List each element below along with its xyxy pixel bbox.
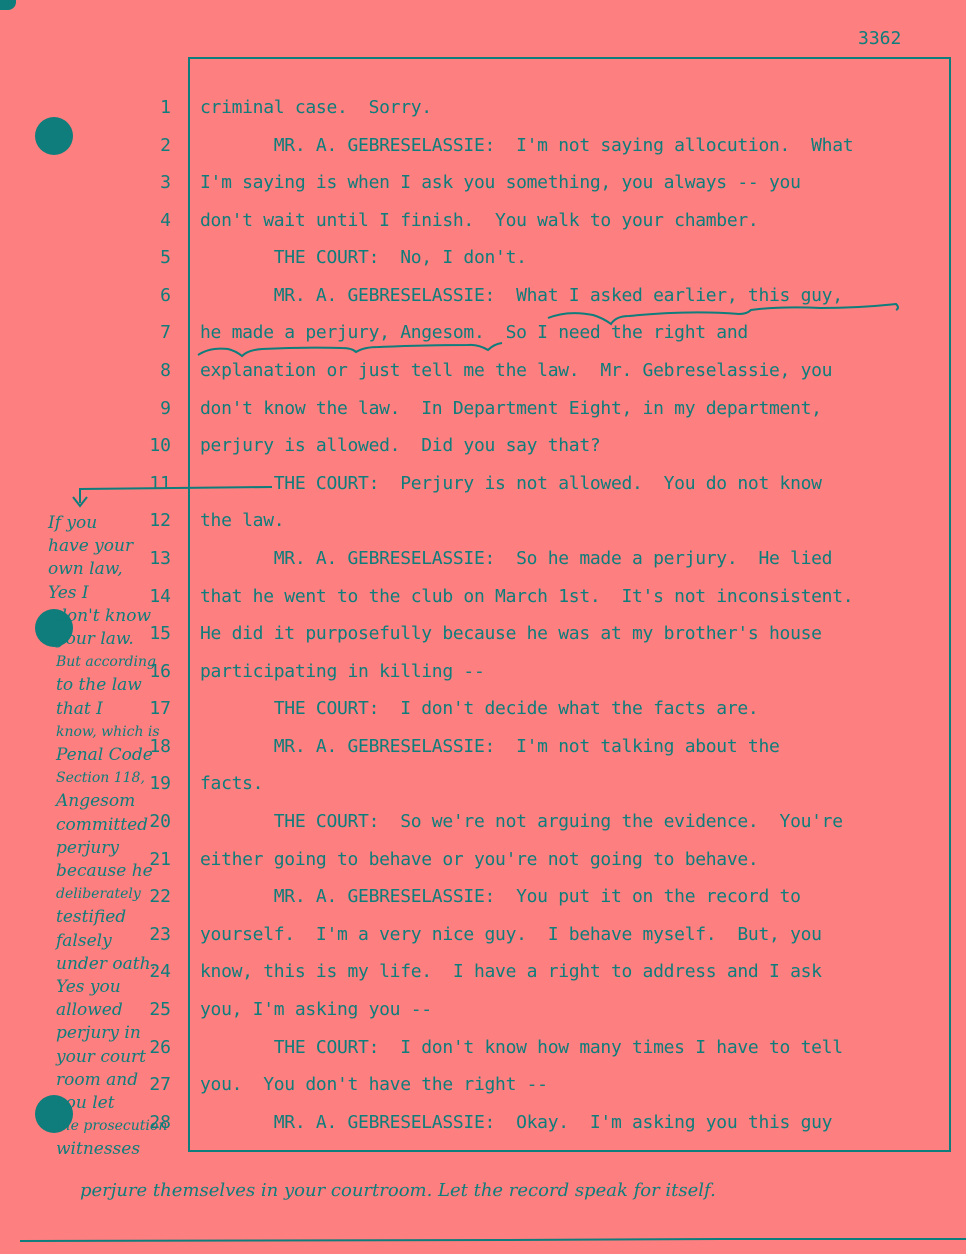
corner-mark: [0, 0, 16, 10]
line-text: know, this is my life. I have a right to…: [200, 961, 822, 982]
line-text: MR. A. GEBRESELASSIE: So he made a perju…: [200, 548, 832, 569]
line-number: 11: [131, 473, 171, 494]
transcript-line: 1criminal case. Sorry.: [0, 97, 966, 134]
line-number: 10: [131, 435, 171, 456]
line-text: you. You don't have the right --: [200, 1074, 548, 1095]
line-number: 1: [131, 97, 171, 118]
line-text: that he went to the club on March 1st. I…: [200, 586, 853, 607]
line-number: 2: [131, 135, 171, 156]
line-text: the law.: [200, 510, 284, 531]
handwritten-note-line: falsely: [56, 930, 112, 952]
handwritten-note-line: But according: [56, 651, 156, 673]
transcript-line: 4don't wait until I finish. You walk to …: [0, 210, 966, 247]
transcript-line: 8explanation or just tell me the law. Mr…: [0, 360, 966, 397]
line-text: MR. A. GEBRESELASSIE: Okay. I'm asking y…: [200, 1112, 832, 1133]
line-text: don't know the law. In Department Eight,…: [200, 398, 822, 419]
handwritten-note-line: own law,: [48, 558, 123, 580]
line-number: 7: [131, 322, 171, 343]
line-text: THE COURT: So we're not arguing the evid…: [200, 811, 843, 832]
handwritten-note-line: perjury in: [56, 1022, 141, 1044]
handwritten-note-line: that I: [56, 698, 103, 720]
line-number: 6: [131, 285, 171, 306]
bottom-rule: [20, 1239, 966, 1241]
line-number: 17: [131, 698, 171, 719]
line-text: explanation or just tell me the law. Mr.…: [200, 360, 832, 381]
line-text: MR. A. GEBRESELASSIE: I'm not talking ab…: [200, 736, 780, 757]
handwritten-note-line: your law.: [56, 628, 134, 650]
handwritten-note-line: because he: [56, 860, 153, 882]
handwritten-note-line: under oath.: [56, 953, 156, 975]
transcript-line: 12the law.: [0, 510, 966, 547]
line-text: He did it purposefully because he was at…: [200, 623, 822, 644]
line-text: participating in killing --: [200, 661, 485, 682]
line-number: 8: [131, 360, 171, 381]
line-number: 5: [131, 247, 171, 268]
handwritten-note-line: If you: [48, 512, 97, 534]
handwritten-note-line: the prosecution: [56, 1115, 167, 1137]
transcript-line: 10perjury is allowed. Did you say that?: [0, 435, 966, 472]
transcript-line: 22 MR. A. GEBRESELASSIE: You put it on t…: [0, 886, 966, 923]
transcript-line: 25you, I'm asking you --: [0, 999, 966, 1036]
transcript-line: 6 MR. A. GEBRESELASSIE: What I asked ear…: [0, 285, 966, 322]
handwritten-note-line: don't know: [56, 605, 151, 627]
handwritten-bottom-line: perjure themselves in your courtroom. Le…: [80, 1180, 716, 1202]
handwritten-note-line: Yes I: [48, 582, 89, 604]
line-text: don't wait until I finish. You walk to y…: [200, 210, 758, 231]
line-text: facts.: [200, 773, 263, 794]
handwritten-note-line: Yes you: [56, 976, 121, 998]
line-number: 13: [131, 548, 171, 569]
handwritten-note-line: your court: [56, 1046, 146, 1068]
handwritten-note-line: witnesses: [56, 1138, 140, 1160]
line-number: 14: [131, 586, 171, 607]
line-text: MR. A. GEBRESELASSIE: You put it on the …: [200, 886, 801, 907]
transcript-line: 13 MR. A. GEBRESELASSIE: So he made a pe…: [0, 548, 966, 585]
handwritten-note-line: know, which is: [56, 721, 160, 743]
transcript-line: 7he made a perjury, Angesom. So I need t…: [0, 322, 966, 359]
line-text: THE COURT: No, I don't.: [200, 247, 527, 268]
handwritten-note-line: Angesom: [56, 790, 135, 812]
transcript-line: 9don't know the law. In Department Eight…: [0, 398, 966, 435]
transcript-line: 19facts.: [0, 773, 966, 810]
line-text: he made a perjury, Angesom. So I need th…: [200, 322, 748, 343]
line-text: I'm saying is when I ask you something, …: [200, 172, 801, 193]
line-number: 4: [131, 210, 171, 231]
line-text: THE COURT: I don't know how many times I…: [200, 1037, 843, 1058]
line-text: THE COURT: I don't decide what the facts…: [200, 698, 758, 719]
page-number: 3362: [858, 28, 901, 49]
handwritten-note-line: perjury: [56, 837, 119, 859]
transcript-line: 11 THE COURT: Perjury is not allowed. Yo…: [0, 473, 966, 510]
transcript-line: 27you. You don't have the right --: [0, 1074, 966, 1111]
line-number: 9: [131, 398, 171, 419]
handwritten-note-line: deliberately: [56, 883, 141, 905]
transcript-line: 3I'm saying is when I ask you something,…: [0, 172, 966, 209]
handwritten-note-line: room and: [56, 1069, 138, 1091]
line-text: perjury is allowed. Did you say that?: [200, 435, 600, 456]
transcript-line: 2 MR. A. GEBRESELASSIE: I'm not saying a…: [0, 135, 966, 172]
line-text: MR. A. GEBRESELASSIE: What I asked earli…: [200, 285, 843, 306]
line-text: either going to behave or you're not goi…: [200, 849, 758, 870]
handwritten-note-line: to the law: [56, 674, 142, 696]
line-number: 12: [131, 510, 171, 531]
handwritten-note-line: Penal Code: [56, 744, 153, 766]
handwritten-note-line: testified: [56, 906, 126, 928]
line-text: MR. A. GEBRESELASSIE: I'm not saying all…: [200, 135, 853, 156]
line-number: 23: [131, 924, 171, 945]
line-number: 25: [131, 999, 171, 1020]
handwritten-note-line: committed: [56, 814, 148, 836]
transcript-line: 5 THE COURT: No, I don't.: [0, 247, 966, 284]
line-text: you, I'm asking you --: [200, 999, 432, 1020]
line-text: yourself. I'm a very nice guy. I behave …: [200, 924, 822, 945]
line-text: criminal case. Sorry.: [200, 97, 432, 118]
handwritten-note-line: have your: [48, 535, 133, 557]
line-text: THE COURT: Perjury is not allowed. You d…: [200, 473, 822, 494]
handwritten-note-line: allowed: [56, 999, 123, 1021]
handwritten-note-line: you let: [56, 1092, 115, 1114]
line-number: 3: [131, 172, 171, 193]
handwritten-note-line: Section 118,: [56, 767, 145, 789]
